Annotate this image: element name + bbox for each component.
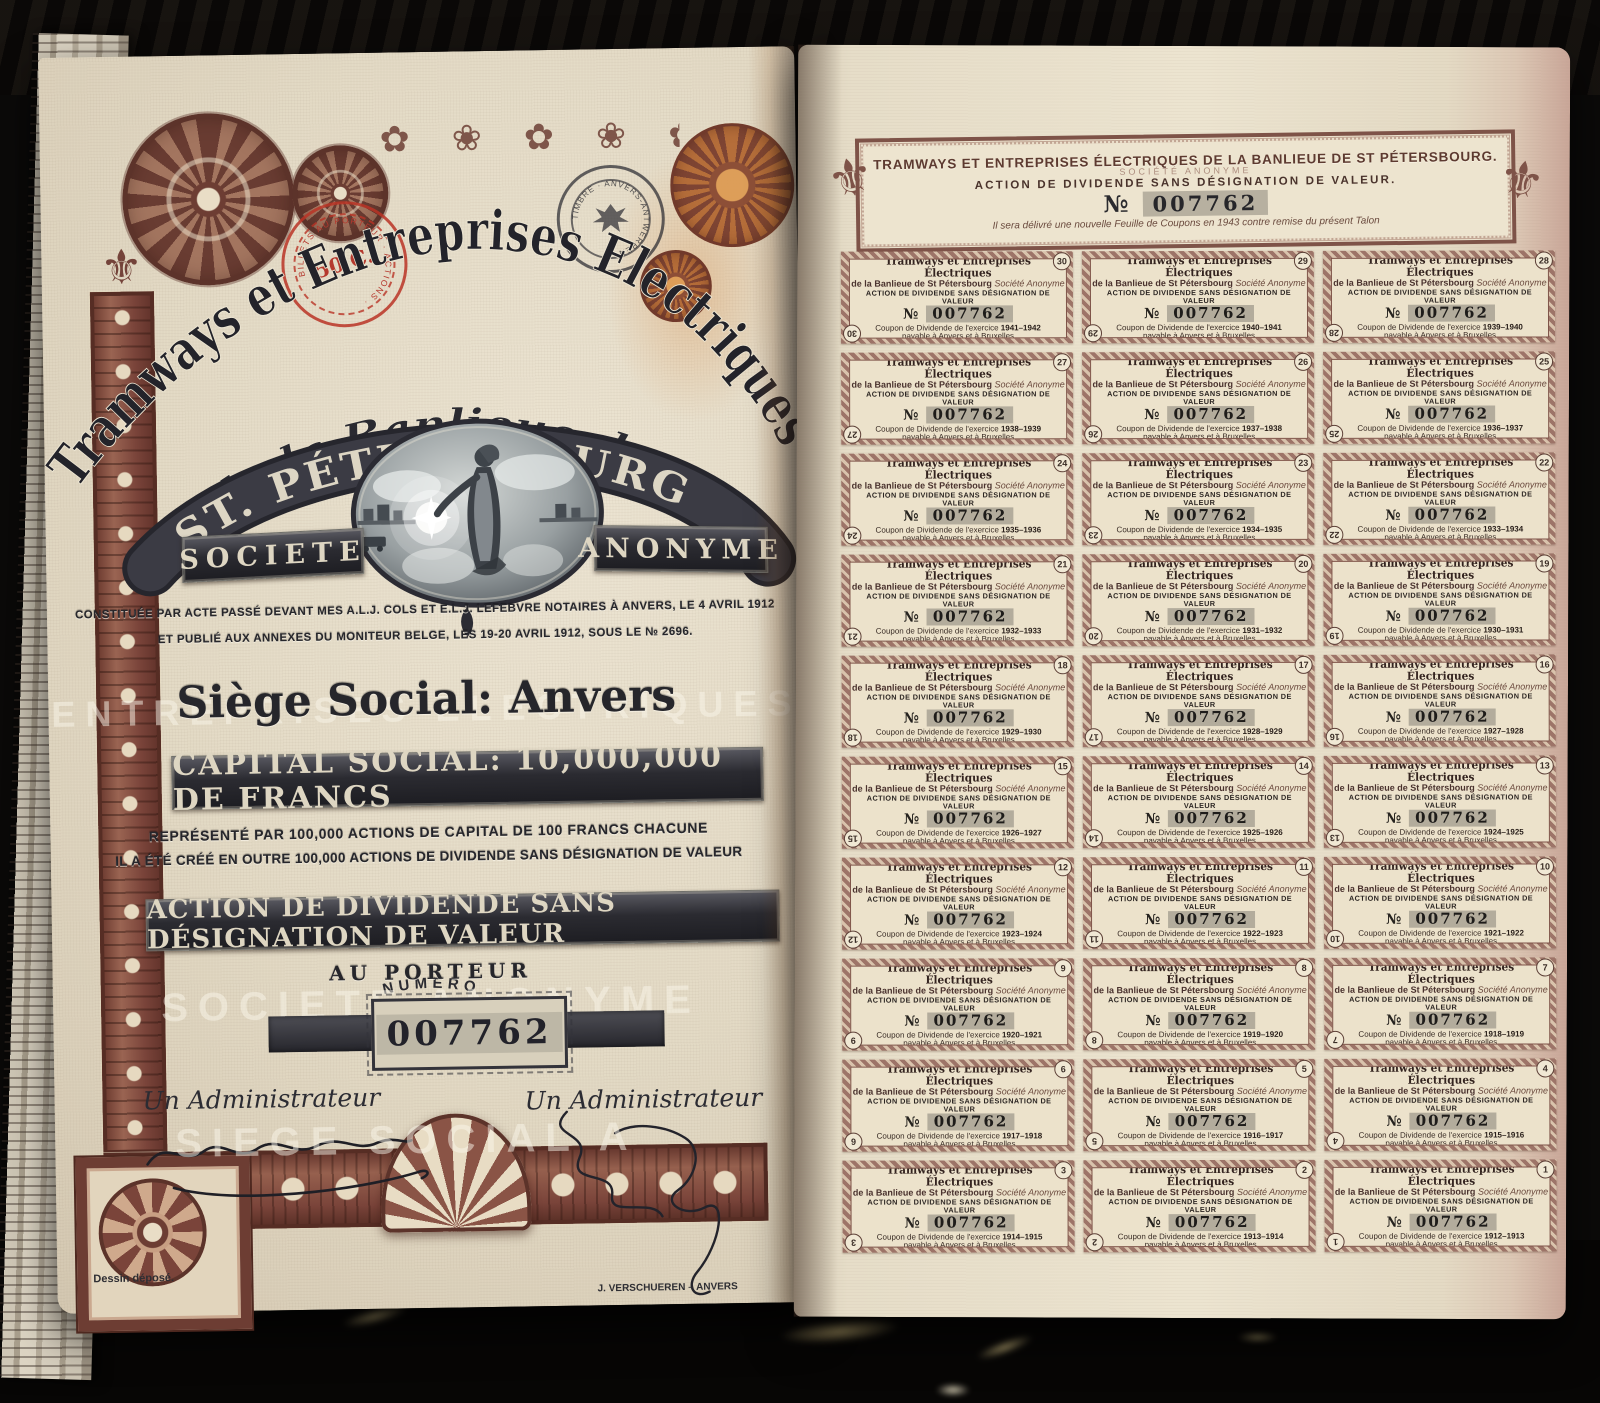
coupon-number-badge-rotated: 29 (1084, 324, 1102, 342)
coupon-number-badge: 25 (1535, 352, 1553, 370)
coupon-number-badge: 29 (1294, 252, 1312, 270)
coupon-number-badge: 13 (1536, 756, 1554, 774)
coupon-company-line1: Tramways et Entreprises Électriques (854, 359, 1061, 380)
coupon-share-number: 007762 (928, 1215, 1015, 1231)
coupon-payable-line: payable à Anvers et à Bruxelles (1385, 736, 1497, 742)
coupon-22: 2222Tramways et Entreprises Électriquesd… (1323, 452, 1555, 544)
coupon-share-number: 007762 (1168, 911, 1255, 927)
coupon-payable-line: payable à Anvers et à Bruxelles (902, 434, 1014, 440)
coupon-company-line1: Tramways et Entreprises Électriques (855, 864, 1062, 885)
coupon-number-badge: 30 (1053, 252, 1071, 270)
coupon-share-number: 007762 (928, 1013, 1015, 1029)
numero-symbol: № (905, 1217, 920, 1232)
coupon-field: Tramways et Entreprises Électriquesde la… (1090, 561, 1308, 641)
coupon-number-badge-rotated: 9 (844, 1032, 862, 1050)
coupon-number-badge-rotated: 24 (843, 527, 861, 545)
coupon-number-badge: 26 (1294, 353, 1312, 371)
coupon-action-line: ACTION DE DIVIDENDE SANS DÉSIGNATION DE … (1333, 1096, 1549, 1112)
coupon-field: Tramways et Entreprises Électriquesde la… (850, 662, 1068, 742)
coupon-share-number: 007762 (927, 508, 1014, 524)
numero-symbol: № (1145, 712, 1160, 727)
capital-social-banner: CAPITAL SOCIAL: 10,000,000 DE FRANCS (171, 747, 764, 810)
coupon-payable-line: payable à Anvers et à Bruxelles (902, 535, 1014, 541)
coupon-number-badge: 12 (1054, 858, 1072, 876)
plastic-glint (930, 1382, 976, 1398)
coupon-field: Tramways et Entreprises Électriquesde la… (849, 460, 1067, 540)
numero-symbol: № (903, 308, 918, 323)
coupon-action-line: ACTION DE DIVIDENDE SANS DÉSIGNATION DE … (1334, 1197, 1550, 1213)
coupon-number-line: №007762 (1145, 608, 1255, 625)
coupon-number-badge: 27 (1053, 353, 1071, 371)
coupon-action-line: ACTION DE DIVIDENDE SANS DÉSIGNATION DE … (1332, 490, 1548, 506)
coupon-payable-line: payable à Anvers et à Bruxelles (1385, 938, 1497, 944)
certificate-page: ✿ ❀ ✿ ❀ ✿ ❀ ✿ ⚜ BILLETS AU PORTEUR · ACT… (38, 46, 814, 1314)
coupon-number-badge-rotated: 2 (1086, 1233, 1104, 1251)
coupon-payable-line: payable à Anvers et à Bruxelles (1384, 332, 1496, 338)
coupon-share-number: 007762 (1410, 1214, 1497, 1230)
numero-symbol: № (904, 1116, 919, 1131)
coupon-number-line: №007762 (1386, 911, 1496, 928)
coupon-action-line: ACTION DE DIVIDENDE SANS DÉSIGNATION DE … (1093, 1198, 1309, 1214)
coupon-field: Tramways et Entreprises Électriquesde la… (849, 561, 1067, 641)
coupon-field: Tramways et Entreprises Électriquesde la… (850, 1167, 1068, 1247)
coupon-number-badge: 15 (1054, 757, 1072, 775)
coupon-share-number: 007762 (927, 609, 1014, 625)
plastic-glint (1230, 1330, 1285, 1344)
coupon-field: Tramways et Entreprises Électriquesde la… (1091, 864, 1309, 944)
coupon-payable-line: payable à Anvers et à Bruxelles (1384, 433, 1496, 439)
coupon-company-line1: Tramways et Entreprises Électriques (1337, 560, 1544, 581)
coupon-11: 1111Tramways et Entreprises Électriquesd… (1083, 857, 1315, 949)
coupon-field: Tramways et Entreprises Électriquesde la… (1090, 460, 1308, 540)
coupon-number-badge-rotated: 21 (844, 628, 862, 646)
coupon-share-number: 007762 (926, 407, 1013, 423)
coupon-action-line: ACTION DE DIVIDENDE SANS DÉSIGNATION DE … (1092, 895, 1308, 911)
coupon-field: Tramways et Entreprises Électriquesde la… (1331, 257, 1549, 337)
numero-symbol: № (903, 409, 918, 424)
coupon-13: 1313Tramways et Entreprises Électriquesd… (1324, 755, 1556, 847)
coupon-number-line: №007762 (1385, 507, 1495, 524)
coupon-share-number: 007762 (926, 306, 1013, 322)
talon-number: 007762 (1142, 190, 1268, 217)
coupon-payable-line: payable à Anvers et à Bruxelles (902, 333, 1014, 339)
coupon-company-line1: Tramways et Entreprises Électriques (855, 662, 1062, 683)
coupon-27: 2727Tramways et Entreprises Électriquesd… (841, 352, 1073, 444)
coupon-17: 1717Tramways et Entreprises Électriquesd… (1083, 655, 1315, 747)
coupon-payable-line: payable à Anvers et à Bruxelles (1143, 433, 1255, 439)
coupon-company-line1: Tramways et Entreprises Électriques (1096, 864, 1303, 885)
coupon-number-badge-rotated: 4 (1326, 1132, 1344, 1150)
gutter-shadow (794, 45, 842, 1317)
coupon-number-badge-rotated: 14 (1085, 829, 1103, 847)
administrator-label-right: Un Administrateur (524, 1083, 762, 1116)
coupon-number-badge: 28 (1535, 251, 1553, 269)
coupon-number-line: №007762 (903, 508, 1013, 525)
coupon-field: Tramways et Entreprises Électriquesde la… (1090, 258, 1308, 338)
coupon-company-line1: Tramways et Entreprises Électriques (1096, 460, 1303, 481)
talon-number-line: № 007762 (1103, 189, 1268, 218)
coupon-field: Tramways et Entreprises Électriquesde la… (1332, 762, 1550, 842)
photo-of-share-certificate: ✿ ❀ ✿ ❀ ✿ ❀ ✿ ⚜ BILLETS AU PORTEUR · ACT… (0, 0, 1600, 1403)
dessin-depose-note: Dessin déposé. (93, 1272, 174, 1285)
coupon-number-badge-rotated: 7 (1326, 1031, 1344, 1049)
coupon-21: 2121Tramways et Entreprises Électriquesd… (841, 554, 1073, 646)
coupon-number-line: №007762 (1386, 608, 1496, 625)
coupon-company-line1: Tramways et Entreprises Électriques (855, 460, 1062, 481)
coupon-payable-line: payable à Anvers et à Bruxelles (903, 939, 1015, 945)
coupon-company-line1: Tramways et Entreprises Électriques (854, 258, 1061, 279)
coupon-field: Tramways et Entreprises Électriquesde la… (1091, 965, 1309, 1045)
action-dividende-banner: ACTION DE DIVIDENDE SANS DÉSIGNATION DE … (145, 889, 780, 951)
coupon-field: Tramways et Entreprises Électriquesde la… (849, 258, 1067, 338)
coupon-6: 66Tramways et Entreprises Électriquesde … (842, 1059, 1074, 1151)
coupon-number-badge: 11 (1295, 858, 1313, 876)
coupon-number-line: №007762 (1144, 305, 1254, 322)
coupon-payable-line: payable à Anvers et à Bruxelles (1144, 1140, 1256, 1146)
coupon-field: Tramways et Entreprises Électriquesde la… (1331, 560, 1549, 640)
coupon-company-line1: Tramways et Entreprises Électriques (1338, 1065, 1545, 1086)
coupon-payable-line: payable à Anvers et à Bruxelles (903, 1141, 1015, 1147)
coupon-28: 2828Tramways et Entreprises Électriquesd… (1323, 250, 1555, 342)
coupon-number-badge: 9 (1054, 959, 1072, 977)
coupon-payable-line: payable à Anvers et à Bruxelles (1385, 837, 1497, 843)
coupon-number-badge-rotated: 30 (843, 325, 861, 343)
coupon-payable-line: payable à Anvers et à Bruxelles (903, 636, 1015, 642)
coupon-number-line: №007762 (903, 306, 1013, 323)
coupon-number-line: №007762 (1385, 305, 1495, 322)
coupon-company-line1: Tramways et Entreprises Électriques (1338, 1166, 1545, 1187)
coupon-share-number: 007762 (1168, 810, 1255, 826)
coupon-company-line1: Tramways et Entreprises Électriques (1337, 661, 1544, 682)
coupon-field: Tramways et Entreprises Électriquesde la… (1331, 459, 1549, 539)
coupon-action-line: ACTION DE DIVIDENDE SANS DÉSIGNATION DE … (851, 895, 1067, 911)
numero-symbol: № (1386, 610, 1401, 625)
coupon-number-badge-rotated: 1 (1327, 1233, 1345, 1251)
numero-symbol: № (1144, 409, 1159, 424)
coupon-share-number: 007762 (1167, 305, 1254, 321)
numero-symbol: № (904, 813, 919, 828)
coupon-company-line1: Tramways et Entreprises Électriques (1337, 762, 1544, 783)
coupon-payable-line: payable à Anvers et à Bruxelles (1385, 1039, 1497, 1045)
coupon-payable-line: payable à Anvers et à Bruxelles (1143, 534, 1255, 540)
coupon-share-number: 007762 (927, 710, 1014, 726)
coupon-payable-line: payable à Anvers et à Bruxelles (903, 838, 1015, 844)
coupon-number-badge: 21 (1053, 555, 1071, 573)
coupon-number-badge-rotated: 19 (1326, 627, 1344, 645)
coupon-field: Tramways et Entreprises Électriquesde la… (1332, 1166, 1550, 1246)
coupon-share-number: 007762 (928, 1114, 1015, 1130)
coupon-number-line: №007762 (1145, 810, 1255, 827)
coupon-company-line1: Tramways et Entreprises Électriques (1337, 964, 1544, 985)
coupon-number-line: №007762 (1144, 507, 1254, 524)
numero-symbol: № (1146, 1217, 1161, 1232)
coupon-field: Tramways et Entreprises Électriquesde la… (850, 864, 1068, 944)
coupon-action-line: ACTION DE DIVIDENDE SANS DÉSIGNATION DE … (851, 1097, 1067, 1113)
coupon-number-badge-rotated: 11 (1085, 930, 1103, 948)
coupon-number-badge-rotated: 26 (1084, 425, 1102, 443)
coupon-action-line: ACTION DE DIVIDENDE SANS DÉSIGNATION DE … (852, 1198, 1068, 1214)
coupon-action-line: ACTION DE DIVIDENDE SANS DÉSIGNATION DE … (1091, 491, 1307, 507)
coupon-payable-line: payable à Anvers et à Bruxelles (1144, 736, 1256, 742)
coupon-payable-line: payable à Anvers et à Bruxelles (1385, 635, 1497, 641)
coupon-number-badge: 4 (1536, 1059, 1554, 1077)
coupon-2: 22Tramways et Entreprises Électriquesde … (1083, 1160, 1315, 1252)
coupon-26: 2626Tramways et Entreprises Électriquesd… (1082, 352, 1314, 444)
coupon-field: Tramways et Entreprises Électriquesde la… (850, 965, 1068, 1045)
coupon-number-badge: 22 (1535, 453, 1553, 471)
coupon-number-line: №007762 (905, 1215, 1015, 1232)
coupon-number-line: №007762 (904, 609, 1014, 626)
coupon-field: Tramways et Entreprises Électriquesde la… (1332, 661, 1550, 741)
numero-symbol: № (1385, 509, 1400, 524)
coupon-action-line: ACTION DE DIVIDENDE SANS DÉSIGNATION DE … (850, 592, 1066, 608)
coupon-action-line: ACTION DE DIVIDENDE SANS DÉSIGNATION DE … (850, 491, 1066, 507)
coupon-number-badge-rotated: 10 (1326, 930, 1344, 948)
coupon-10: 1010Tramways et Entreprises Électriquesd… (1324, 856, 1556, 948)
coupon-field: Tramways et Entreprises Électriquesde la… (850, 1066, 1068, 1146)
coupon-action-line: ACTION DE DIVIDENDE SANS DÉSIGNATION DE … (1333, 793, 1549, 809)
coupon-action-line: ACTION DE DIVIDENDE SANS DÉSIGNATION DE … (1091, 390, 1307, 406)
coupon-field: Tramways et Entreprises Électriquesde la… (1332, 863, 1550, 943)
coupon-29: 2929Tramways et Entreprises Électriquesd… (1082, 251, 1314, 343)
coupon-payable-line: payable à Anvers et à Bruxelles (1144, 635, 1256, 641)
coupon-number-badge: 18 (1054, 656, 1072, 674)
coupon-number-badge-rotated: 28 (1325, 324, 1343, 342)
coupon-action-line: ACTION DE DIVIDENDE SANS DÉSIGNATION DE … (1332, 389, 1548, 405)
coupon-number-line: №007762 (1146, 1214, 1256, 1231)
coupon-action-line: ACTION DE DIVIDENDE SANS DÉSIGNATION DE … (851, 996, 1067, 1012)
coupon-9: 99Tramways et Entreprises Électriquesde … (842, 958, 1074, 1050)
coupon-field: Tramways et Entreprises Électriquesde la… (1091, 1167, 1309, 1247)
coupon-number-line: №007762 (1145, 911, 1255, 928)
numero-symbol: № (1385, 307, 1400, 322)
coupon-number-line: №007762 (1145, 709, 1255, 726)
coupon-action-line: ACTION DE DIVIDENDE SANS DÉSIGNATION DE … (1332, 288, 1548, 304)
allegorical-vignette (352, 419, 603, 607)
share-number: 007762 (376, 1012, 563, 1055)
coupon-payable-line: payable à Anvers et à Bruxelles (1384, 534, 1496, 540)
numero-symbol: № (1145, 1116, 1160, 1131)
coupon-18: 1818Tramways et Entreprises Électriquesd… (842, 655, 1074, 747)
numero-symbol: № (1385, 408, 1400, 423)
coupon-action-line: ACTION DE DIVIDENDE SANS DÉSIGNATION DE … (1091, 289, 1307, 305)
coupon-payable-line: payable à Anvers et à Bruxelles (903, 1040, 1015, 1046)
coupon-number-badge: 8 (1295, 959, 1313, 977)
coupon-action-line: ACTION DE DIVIDENDE SANS DÉSIGNATION DE … (850, 289, 1066, 305)
coupon-number-badge-rotated: 20 (1085, 627, 1103, 645)
numero-symbol: № (1144, 510, 1159, 525)
coupon-company-line1: Tramways et Entreprises Électriques (855, 965, 1062, 986)
coupon-company-line1: Tramways et Entreprises Électriques (1097, 1066, 1304, 1087)
coupon-number-badge: 24 (1053, 454, 1071, 472)
coupon-share-number: 007762 (1409, 608, 1496, 624)
numero-symbol: № (903, 510, 918, 525)
coupon-share-number: 007762 (1408, 305, 1495, 321)
coupon-share-number: 007762 (1410, 1012, 1497, 1028)
coupon-1: 11Tramways et Entreprises Électriquesde … (1324, 1159, 1556, 1251)
numero-symbol: № (904, 611, 919, 626)
coupon-company-line1: Tramways et Entreprises Électriques (855, 561, 1062, 582)
coupon-number-line: №007762 (1387, 1214, 1497, 1231)
coupon-number-badge-rotated: 22 (1325, 526, 1343, 544)
numero-symbol: № (904, 712, 919, 727)
coupon-number-badge: 7 (1536, 958, 1554, 976)
coupon-number-line: №007762 (903, 407, 1013, 424)
coupon-action-line: ACTION DE DIVIDENDE SANS DÉSIGNATION DE … (1333, 894, 1549, 910)
coupon-company-line1: Tramways et Entreprises Électriques (855, 763, 1062, 784)
coupon-number-line: №007762 (1145, 1012, 1255, 1029)
numero-symbol: № (1387, 1216, 1402, 1231)
coupon-share-number: 007762 (1167, 406, 1254, 422)
coupon-number-badge-rotated: 13 (1326, 829, 1344, 847)
coupon-company-line1: Tramways et Entreprises Électriques (1337, 459, 1544, 480)
coupon-number-badge: 20 (1294, 555, 1312, 573)
coupon-action-line: ACTION DE DIVIDENDE SANS DÉSIGNATION DE … (1092, 693, 1308, 709)
coupon-19: 1919Tramways et Entreprises Électriquesd… (1323, 553, 1555, 645)
coupon-number-line: №007762 (1144, 406, 1254, 423)
coupon-number-line: №007762 (1386, 1012, 1496, 1029)
coupon-number-badge: 2 (1295, 1161, 1313, 1179)
coupon-action-line: ACTION DE DIVIDENDE SANS DÉSIGNATION DE … (851, 794, 1067, 810)
coupon-number-line: №007762 (1385, 406, 1495, 423)
coupon-5: 55Tramways et Entreprises Électriquesde … (1083, 1059, 1315, 1151)
coupon-action-line: ACTION DE DIVIDENDE SANS DÉSIGNATION DE … (1333, 692, 1549, 708)
coupon-number-badge: 10 (1536, 857, 1554, 875)
coupon-share-number: 007762 (1169, 1012, 1256, 1028)
coupon-16: 1616Tramways et Entreprises Électriquesd… (1324, 654, 1556, 746)
coupon-14: 1414Tramways et Entreprises Électriquesd… (1083, 756, 1315, 848)
coupon-field: Tramways et Entreprises Électriquesde la… (1091, 662, 1309, 742)
coupon-23: 2323Tramways et Entreprises Électriquesd… (1082, 453, 1314, 545)
printer-credit: J. VERSCHUEREN – ANVERS (597, 1281, 737, 1294)
numero-symbol: № (1386, 913, 1401, 928)
coupon-number-badge: 3 (1054, 1161, 1072, 1179)
coupon-number-badge: 23 (1294, 454, 1312, 472)
coupon-number-badge: 6 (1054, 1060, 1072, 1078)
coupon-company-line1: Tramways et Entreprises Électriques (1095, 359, 1302, 380)
coupon-number-badge: 14 (1295, 757, 1313, 775)
coupon-field: Tramways et Entreprises Électriquesde la… (1332, 964, 1550, 1044)
coupon-action-line: ACTION DE DIVIDENDE SANS DÉSIGNATION DE … (850, 390, 1066, 406)
coupon-action-line: ACTION DE DIVIDENDE SANS DÉSIGNATION DE … (1092, 1097, 1308, 1113)
coupon-action-line: ACTION DE DIVIDENDE SANS DÉSIGNATION DE … (1333, 995, 1549, 1011)
coupon-company-line1: Tramways et Entreprises Électriques (856, 1167, 1063, 1188)
coupon-share-number: 007762 (1409, 709, 1496, 725)
coupon-number-badge: 17 (1295, 656, 1313, 674)
coupon-number-badge: 5 (1295, 1060, 1313, 1078)
coupon-number-line: №007762 (904, 811, 1014, 828)
coupon-payable-line: payable à Anvers et à Bruxelles (1386, 1241, 1498, 1247)
coupon-24: 2424Tramways et Entreprises Électriquesd… (841, 453, 1073, 545)
coupon-action-line: ACTION DE DIVIDENDE SANS DÉSIGNATION DE … (1091, 592, 1307, 608)
coupon-number-badge-rotated: 27 (843, 426, 861, 444)
coupon-field: Tramways et Entreprises Électriquesde la… (850, 763, 1068, 843)
coupon-payable-line: payable à Anvers et à Bruxelles (1145, 1241, 1257, 1247)
coupon-company-line1: Tramways et Entreprises Électriques (1095, 258, 1302, 279)
coupon-12: 1212Tramways et Entreprises Électriquesd… (842, 857, 1074, 949)
coupon-company-line1: Tramways et Entreprises Électriques (1096, 662, 1303, 683)
coupon-number-badge-rotated: 18 (844, 729, 862, 747)
coupon-share-number: 007762 (1410, 1113, 1497, 1129)
coupon-payable-line: payable à Anvers et à Bruxelles (1143, 332, 1255, 338)
coupon-15: 1515Tramways et Entreprises Électriquesd… (842, 756, 1074, 848)
coupon-number-badge-rotated: 8 (1085, 1031, 1103, 1049)
coupon-share-number: 007762 (1409, 507, 1496, 523)
numero-symbol: № (1386, 711, 1401, 726)
coupon-4: 44Tramways et Entreprises Électriquesde … (1324, 1058, 1556, 1150)
coupon-action-line: ACTION DE DIVIDENDE SANS DÉSIGNATION DE … (1332, 591, 1548, 607)
coupon-field: Tramways et Entreprises Électriquesde la… (1332, 1065, 1550, 1145)
numero-symbol: № (904, 914, 919, 929)
talon-header: TRAMWAYS ET ENTREPRISES ÉLECTRIQUES DE L… (855, 129, 1517, 252)
coupon-number-line: №007762 (1386, 1113, 1496, 1130)
coupon-field: Tramways et Entreprises Électriquesde la… (1091, 763, 1309, 843)
coupon-number-badge: 16 (1536, 655, 1554, 673)
coupon-3: 33Tramways et Entreprises Électriquesde … (842, 1160, 1074, 1252)
coupon-number-badge-rotated: 23 (1084, 526, 1102, 544)
coupon-number-badge-rotated: 3 (845, 1234, 863, 1252)
coupon-payable-line: payable à Anvers et à Bruxelles (903, 737, 1015, 743)
coupon-30: 3030Tramways et Entreprises Électriquesd… (841, 251, 1073, 343)
coupon-number-line: №007762 (1386, 709, 1496, 726)
coupon-grid: 3030Tramways et Entreprises Électriquesd… (841, 250, 1557, 1252)
coupon-company-line1: Tramways et Entreprises Électriques (1336, 358, 1543, 379)
coupon-20: 2020Tramways et Entreprises Électriquesd… (1082, 554, 1314, 646)
coupon-field: Tramways et Entreprises Électriquesde la… (1331, 358, 1549, 438)
coupon-payable-line: payable à Anvers et à Bruxelles (1385, 1140, 1497, 1146)
coupon-number-badge-rotated: 17 (1085, 728, 1103, 746)
coupon-number-line: №007762 (904, 710, 1014, 727)
coupon-number-badge-rotated: 6 (844, 1133, 862, 1151)
coupon-number-line: №007762 (1145, 1113, 1255, 1130)
coupon-number-badge-rotated: 15 (844, 830, 862, 848)
coupon-company-line1: Tramways et Entreprises Électriques (1096, 763, 1303, 784)
coupon-number-badge: 19 (1535, 554, 1553, 572)
coupon-payable-line: payable à Anvers et à Bruxelles (1144, 837, 1256, 843)
talon-societe-line: SOCIÉTÉ ANONYME (1119, 165, 1251, 177)
coupon-share-number: 007762 (1168, 507, 1255, 523)
coupon-number-badge: 1 (1536, 1160, 1554, 1178)
coupon-share-number: 007762 (1169, 1214, 1256, 1230)
coupon-sheet-page: TRAMWAYS ET ENTREPRISES ÉLECTRIQUES DE L… (794, 45, 1570, 1320)
coupon-action-line: ACTION DE DIVIDENDE SANS DÉSIGNATION DE … (1092, 996, 1308, 1012)
coupon-share-number: 007762 (1168, 608, 1255, 624)
coupon-number-badge-rotated: 5 (1085, 1132, 1103, 1150)
numero-symbol: № (1145, 611, 1160, 626)
coupon-company-line1: Tramways et Entreprises Électriques (1096, 965, 1303, 986)
coupon-field: Tramways et Entreprises Électriquesde la… (849, 359, 1067, 439)
coupon-number-badge-rotated: 12 (844, 931, 862, 949)
talon-renewal-note: Il sera délivré une nouvelle Feuille de … (993, 215, 1380, 231)
coupon-number-badge-rotated: 25 (1325, 425, 1343, 443)
anonyme-band: ANONYME (594, 525, 769, 573)
coupon-number-line: №007762 (904, 912, 1014, 929)
coupon-number-line: №007762 (1386, 810, 1496, 827)
administrator-label-left: Un Administrateur (142, 1083, 380, 1116)
numero-symbol: № (1386, 1115, 1401, 1130)
coupon-number-badge-rotated: 16 (1326, 728, 1344, 746)
coupon-share-number: 007762 (927, 811, 1014, 827)
coupon-payable-line: payable à Anvers et à Bruxelles (1144, 1039, 1256, 1045)
coupon-payable-line: payable à Anvers et à Bruxelles (904, 1242, 1016, 1248)
coupon-share-number: 007762 (1408, 406, 1495, 422)
societe-band: SOCIETE (182, 528, 365, 583)
coupon-action-line: ACTION DE DIVIDENDE SANS DÉSIGNATION DE … (1092, 794, 1308, 810)
numero-symbol: № (1145, 813, 1160, 828)
coupon-field: Tramways et Entreprises Électriquesde la… (1091, 1066, 1309, 1146)
numero-symbol: № (1145, 914, 1160, 929)
coupon-action-line: ACTION DE DIVIDENDE SANS DÉSIGNATION DE … (851, 693, 1067, 709)
